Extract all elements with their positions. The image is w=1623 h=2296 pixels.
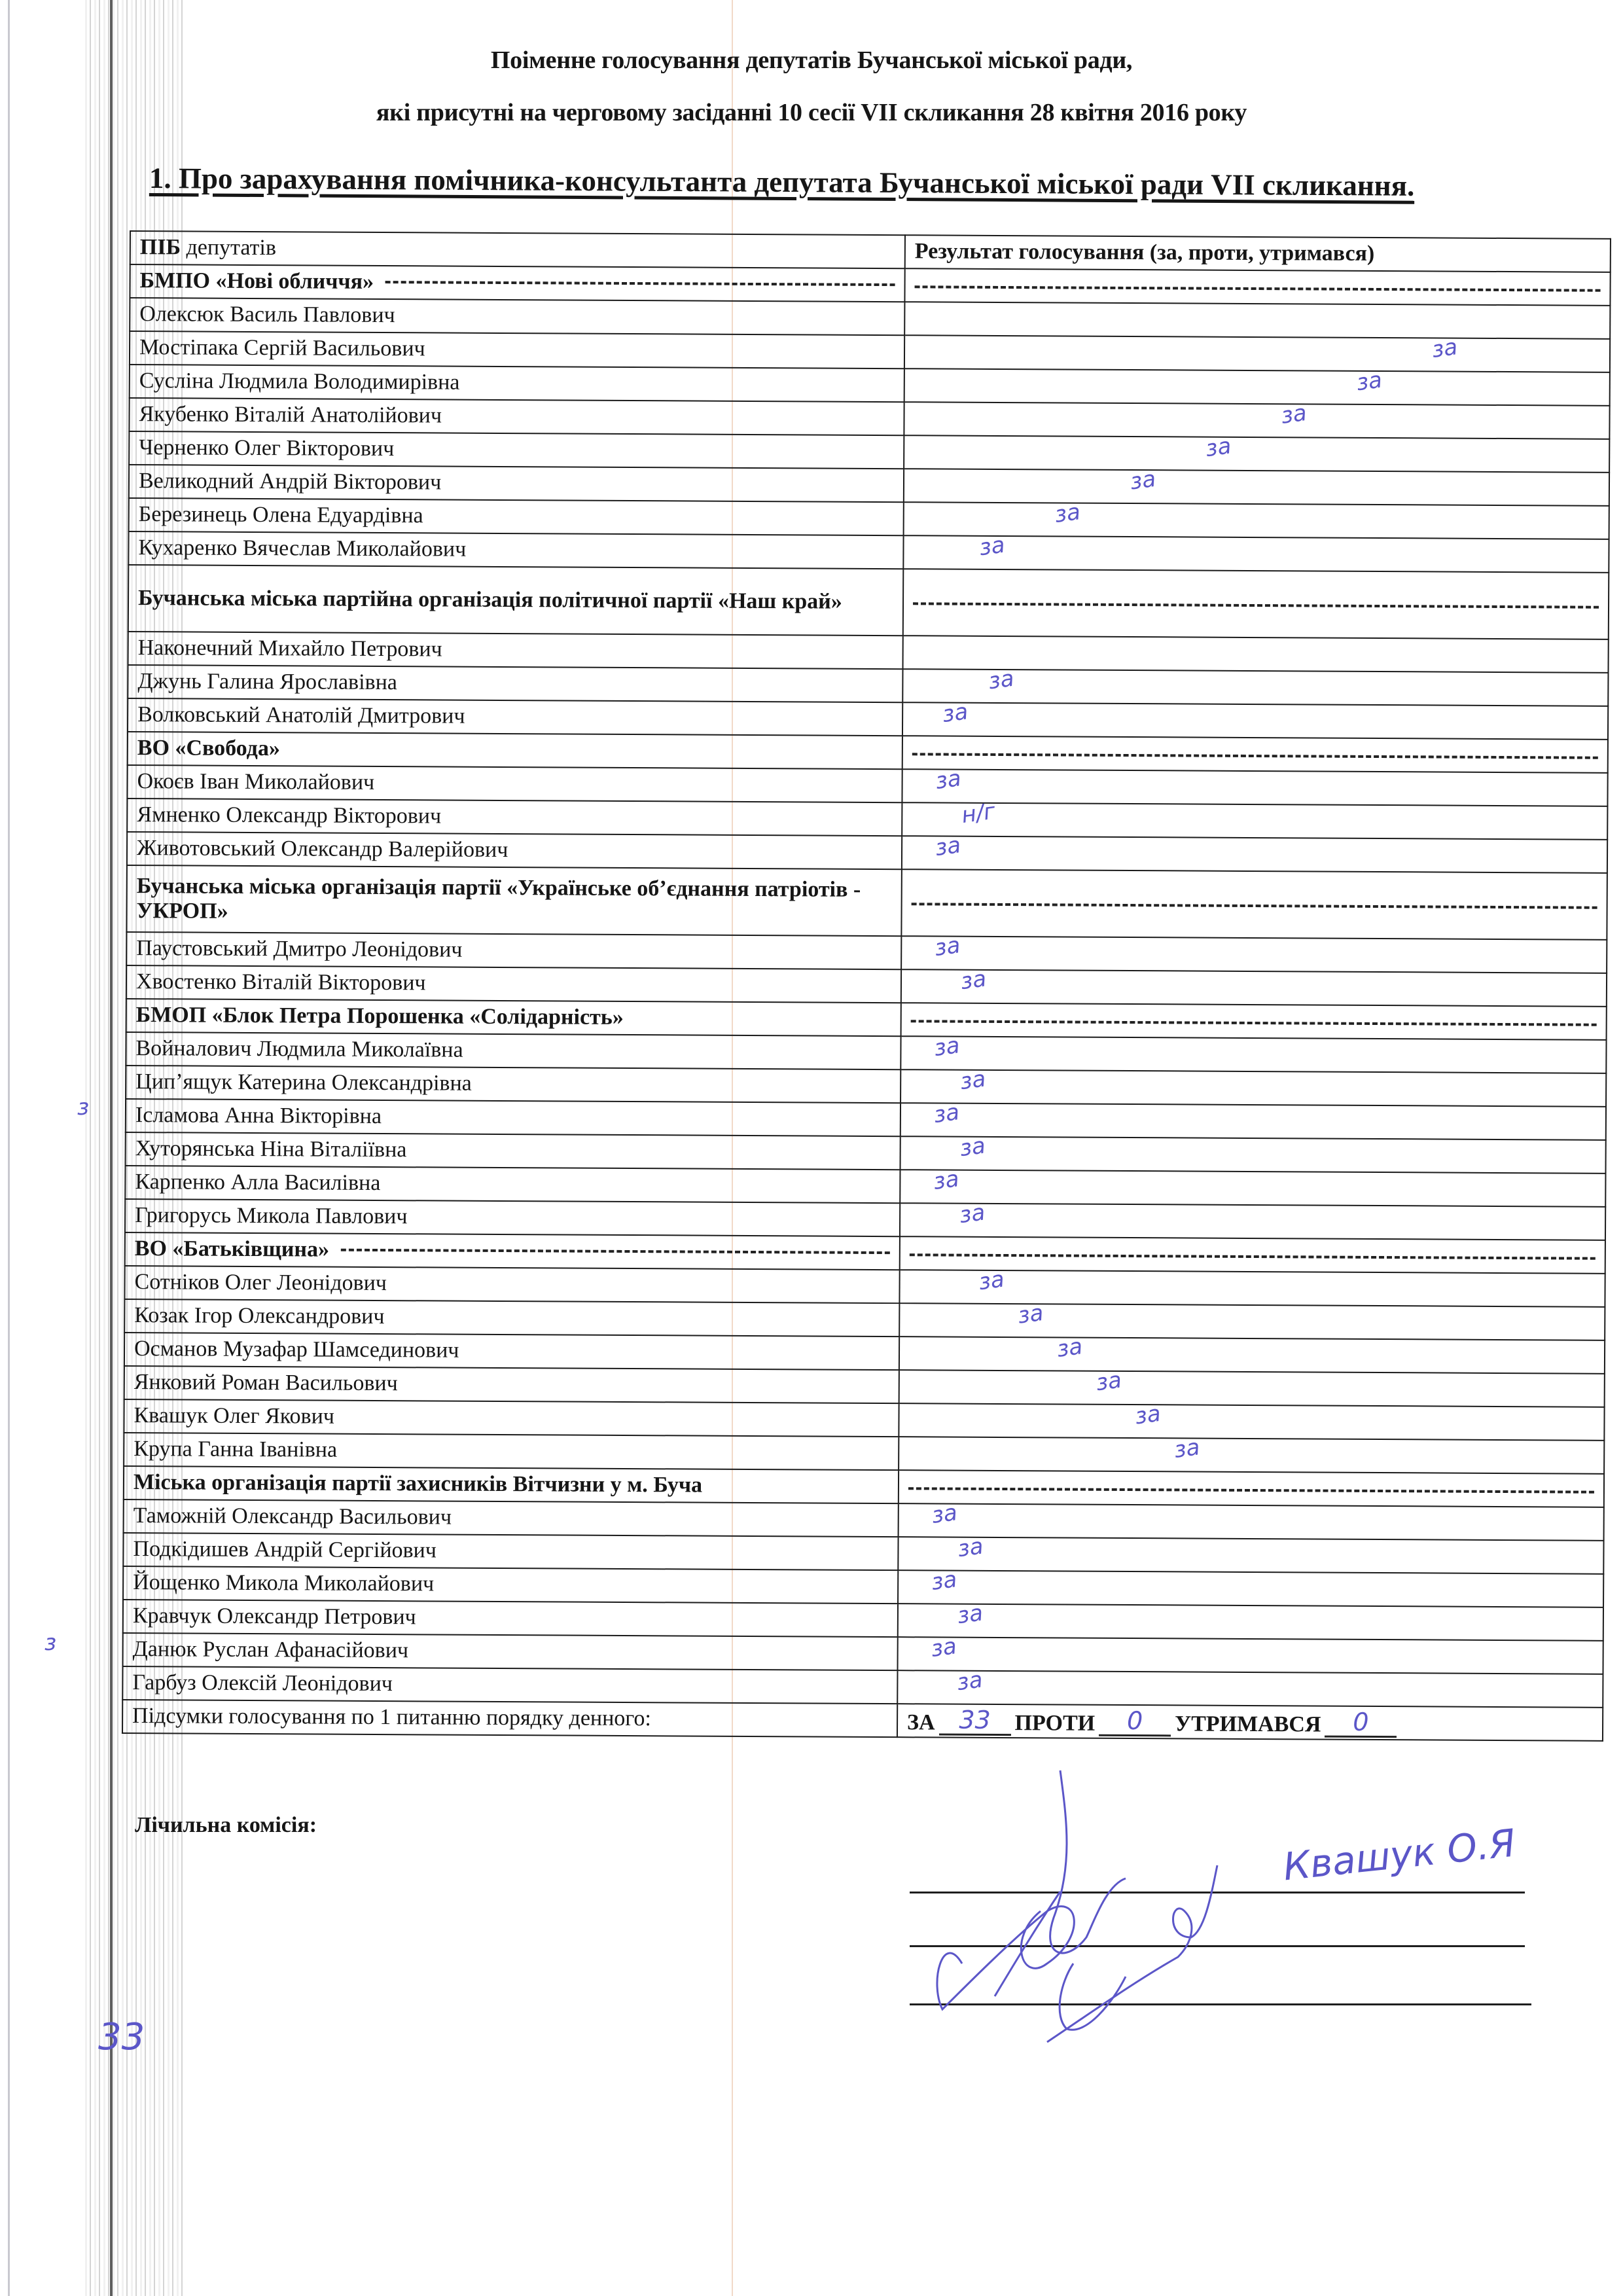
party-name: ВО «Батьківщина» bbox=[125, 1232, 900, 1270]
vote-cell: за bbox=[904, 368, 1610, 406]
vote-cell: за bbox=[904, 469, 1609, 506]
document-subtitle: які присутні на черговому засіданні 10 с… bbox=[0, 98, 1623, 127]
vote-cell: за bbox=[904, 435, 1609, 473]
vote-cell: за bbox=[902, 769, 1607, 806]
party-name: Бучанська міська організація партії «Укр… bbox=[126, 865, 902, 936]
vote-cell: за bbox=[897, 1637, 1603, 1674]
handwritten-vote: за bbox=[929, 1637, 958, 1662]
handwritten-vote: за bbox=[1355, 368, 1383, 395]
agenda-item-heading: 1. Про зарахування помічника-консультант… bbox=[149, 161, 1415, 203]
votes-for-value: 33 bbox=[938, 1706, 1010, 1736]
deputy-name: Йощенко Микола Миколайович bbox=[123, 1566, 898, 1604]
party-result-cell bbox=[901, 1003, 1607, 1040]
deputy-name: Якубенко Віталій Анатолійович bbox=[129, 398, 904, 435]
vote-cell: за bbox=[899, 1437, 1604, 1474]
party-result-cell bbox=[903, 569, 1609, 639]
deputy-name: Козак Ігор Олександрович bbox=[124, 1299, 899, 1336]
vote-cell: за bbox=[903, 535, 1609, 573]
party-result-cell bbox=[900, 1236, 1605, 1274]
deputy-name: Григорусь Микола Павлович bbox=[125, 1199, 900, 1236]
dash-filler bbox=[341, 1249, 890, 1254]
dash-filler bbox=[910, 1253, 1596, 1259]
deputy-name: Наконечний Михайло Петрович bbox=[128, 632, 903, 669]
handwritten-vote: за bbox=[930, 1503, 959, 1528]
vote-cell: за bbox=[899, 1403, 1604, 1441]
handwritten-vote: за bbox=[1173, 1437, 1202, 1463]
summary-label: Підсумки голосування по 1 питанню порядк… bbox=[122, 1700, 897, 1737]
header-result-column: Результат голосування (за, проти, утрима… bbox=[905, 235, 1611, 272]
handwritten-vote: за bbox=[956, 1537, 985, 1562]
header-name-rest: депутатів bbox=[181, 236, 276, 260]
handwritten-vote: за bbox=[941, 702, 970, 727]
deputy-name: Березинець Олена Едуардівна bbox=[129, 498, 904, 535]
handwritten-vote: за bbox=[955, 1670, 984, 1695]
deputy-name: Подкідишев Андрій Сергійович bbox=[123, 1533, 898, 1570]
handwritten-vote: за bbox=[1129, 469, 1158, 494]
deputy-name: Янковий Роман Васильович bbox=[124, 1366, 899, 1403]
deputy-name: Ісламова Анна Вікторівна bbox=[126, 1099, 901, 1136]
deputy-name: Данюк Руслан Афанасійович bbox=[123, 1633, 898, 1670]
deputy-name: Олексюк Василь Павлович bbox=[130, 298, 904, 335]
handwritten-vote: за bbox=[933, 1103, 961, 1128]
handwritten-vote: за bbox=[1094, 1370, 1123, 1395]
handwritten-vote: за bbox=[934, 769, 963, 794]
handwritten-vote: за bbox=[1133, 1403, 1162, 1429]
margin-note: з bbox=[45, 1630, 56, 1656]
vote-cell: за bbox=[900, 1170, 1605, 1207]
dash-filler bbox=[913, 602, 1599, 608]
deputy-name: Ямненко Олександр Вікторович bbox=[127, 798, 902, 836]
vote-cell: за bbox=[901, 1036, 1606, 1073]
vote-cell bbox=[904, 302, 1610, 339]
handwritten-vote: за bbox=[978, 535, 1007, 560]
vote-cell: за bbox=[900, 1203, 1605, 1240]
vote-cell: за bbox=[901, 969, 1607, 1007]
deputy-name: Хуторянська Ніна Віталіївна bbox=[126, 1132, 901, 1170]
deputy-name: Квашук Олег Якович bbox=[124, 1399, 899, 1437]
handwritten-vote: за bbox=[956, 1604, 985, 1628]
deputy-name: Паустовський Дмитро Леонідович bbox=[126, 932, 901, 969]
deputy-name: Войналович Людмила Миколаївна bbox=[126, 1032, 901, 1069]
vote-cell: за bbox=[899, 1370, 1605, 1407]
party-result-cell bbox=[899, 1470, 1604, 1507]
dash-filler bbox=[911, 1020, 1597, 1026]
vote-cell: за bbox=[897, 1670, 1603, 1708]
scan-artifact bbox=[8, 0, 10, 2296]
deputy-name: Сусліна Людмила Володимирівна bbox=[130, 365, 904, 402]
vote-cell: за bbox=[898, 1604, 1603, 1641]
margin-note: з bbox=[77, 1094, 89, 1121]
deputy-name: Окоєв Іван Миколайович bbox=[127, 765, 902, 802]
party-name: Бучанська міська партійна організація по… bbox=[128, 565, 904, 636]
vote-cell: н/г bbox=[902, 802, 1607, 840]
handwritten-vote: за bbox=[987, 669, 1016, 694]
deputy-name: Животовський Олександр Валерійович bbox=[127, 832, 902, 869]
party-name: ВО «Свобода» bbox=[128, 732, 902, 769]
party-label: Міська організація партії захисників Віт… bbox=[134, 1471, 702, 1499]
dash-filler bbox=[915, 285, 1601, 291]
votes-against-value: 0 bbox=[1099, 1707, 1171, 1737]
handwritten-signatures bbox=[916, 1767, 1374, 2049]
handwritten-vote: за bbox=[932, 1170, 961, 1194]
votes-for-label: ЗА bbox=[907, 1710, 935, 1735]
party-name: Міська організація партії захисників Віт… bbox=[124, 1466, 899, 1503]
party-result-cell bbox=[904, 268, 1610, 306]
vote-cell: за bbox=[904, 502, 1609, 539]
vote-cell: за bbox=[899, 1503, 1604, 1541]
deputy-name: Кухаренко Вячеслав Миколайович bbox=[128, 531, 903, 569]
deputy-name: Гарбуз Олексій Леонідович bbox=[122, 1666, 897, 1704]
vote-cell: за bbox=[902, 702, 1608, 740]
vote-cell: за bbox=[899, 1303, 1605, 1340]
handwritten-vote: за bbox=[933, 936, 962, 961]
handwritten-vote: за bbox=[959, 1069, 988, 1094]
handwritten-vote: за bbox=[958, 1136, 987, 1161]
counting-commission-label: Лічильна комісія: bbox=[135, 1813, 317, 1838]
dash-filler bbox=[385, 281, 895, 287]
vote-cell: за bbox=[901, 1069, 1606, 1107]
handwritten-vote: за bbox=[1279, 402, 1308, 429]
deputy-name: Крупа Ганна Іванівна bbox=[124, 1433, 899, 1470]
vote-cell: за bbox=[902, 836, 1607, 873]
vote-cell bbox=[903, 636, 1609, 673]
party-label: ВО «Свобода» bbox=[137, 736, 280, 762]
vote-cell: за bbox=[901, 1103, 1606, 1140]
vote-cell: за bbox=[904, 402, 1609, 439]
vote-table: ПІБ депутатів Результат голосування (за,… bbox=[122, 230, 1611, 1742]
summary-totals: ЗА33ПРОТИ0УТРИМАВСЯ0 bbox=[897, 1704, 1603, 1741]
vote-cell: за bbox=[902, 669, 1608, 706]
vote-cell: за bbox=[899, 1270, 1605, 1307]
deputy-name: Таможній Олександр Васильович bbox=[124, 1499, 899, 1537]
deputy-name: Мостіпака Сергій Васильович bbox=[130, 331, 904, 368]
handwritten-vote: за bbox=[934, 836, 963, 861]
deputy-name: Ципʼящук Катерина Олександрівна bbox=[126, 1066, 901, 1103]
party-row: Бучанська міська партійна організація по… bbox=[128, 565, 1609, 639]
deputy-name: Великодний Андрій Вікторович bbox=[129, 465, 904, 502]
party-label: БМОП «Блок Петра Порошенка «Солідарність… bbox=[136, 1003, 624, 1031]
handwritten-vote: н/г bbox=[960, 802, 997, 828]
vote-cell: за bbox=[901, 936, 1607, 973]
party-result-cell bbox=[901, 869, 1607, 940]
vote-cell: за bbox=[899, 1336, 1605, 1374]
votes-abstain-label: УТРИМАВСЯ bbox=[1175, 1712, 1321, 1738]
vote-cell: за bbox=[904, 335, 1610, 372]
handwritten-vote: за bbox=[933, 1036, 961, 1061]
handwritten-vote: за bbox=[1204, 435, 1233, 461]
deputy-name: Джунь Галина Ярославівна bbox=[128, 665, 902, 702]
dash-filler bbox=[912, 903, 1597, 908]
handwritten-vote: за bbox=[977, 1270, 1006, 1295]
header-name-bold: ПІБ bbox=[140, 236, 181, 260]
vote-cell: за bbox=[898, 1570, 1603, 1607]
dash-filler bbox=[912, 753, 1598, 759]
deputy-name: Кравчук Олександр Петрович bbox=[123, 1600, 898, 1637]
party-row: Бучанська міська організація партії «Укр… bbox=[126, 865, 1607, 940]
votes-against-label: ПРОТИ bbox=[1014, 1711, 1095, 1736]
vote-cell: за bbox=[901, 1136, 1606, 1174]
party-label: БМПО «Нові обличчя» bbox=[139, 269, 374, 295]
deputy-name: Карпенко Алла Василівна bbox=[125, 1166, 900, 1203]
handwritten-vote: за bbox=[1016, 1303, 1045, 1329]
party-result-cell bbox=[902, 736, 1608, 773]
handwritten-vote: за bbox=[930, 1570, 959, 1595]
party-label: ВО «Батьківщина» bbox=[135, 1237, 329, 1263]
deputy-name: Османов Музафар Шамсединович bbox=[124, 1333, 899, 1370]
scan-artifact bbox=[110, 0, 113, 2296]
handwritten-vote: за bbox=[1431, 335, 1459, 363]
deputy-name: Сотніков Олег Леонідович bbox=[124, 1266, 899, 1303]
party-name: БМПО «Нові обличчя» bbox=[130, 264, 904, 302]
header-name-column: ПІБ депутатів bbox=[130, 231, 905, 268]
votes-abstain-value: 0 bbox=[1325, 1708, 1397, 1738]
handwritten-vote: за bbox=[959, 969, 988, 994]
handwritten-vote: за bbox=[1053, 502, 1082, 528]
party-name: БМОП «Блок Петра Порошенка «Солідарність… bbox=[126, 999, 901, 1036]
document-title: Поіменне голосування депутатів Бучансько… bbox=[0, 46, 1623, 75]
deputy-name: Черненко Олег Вікторович bbox=[129, 431, 904, 469]
dash-filler bbox=[908, 1487, 1594, 1493]
handwritten-vote: за bbox=[958, 1203, 987, 1228]
margin-note: 33 bbox=[98, 2016, 145, 2058]
vote-cell: за bbox=[898, 1537, 1603, 1574]
deputy-name: Хвостенко Віталій Вікторович bbox=[126, 965, 901, 1003]
handwritten-vote: за bbox=[1056, 1336, 1084, 1362]
deputy-name: Волковський Анатолій Дмитрович bbox=[128, 698, 902, 736]
